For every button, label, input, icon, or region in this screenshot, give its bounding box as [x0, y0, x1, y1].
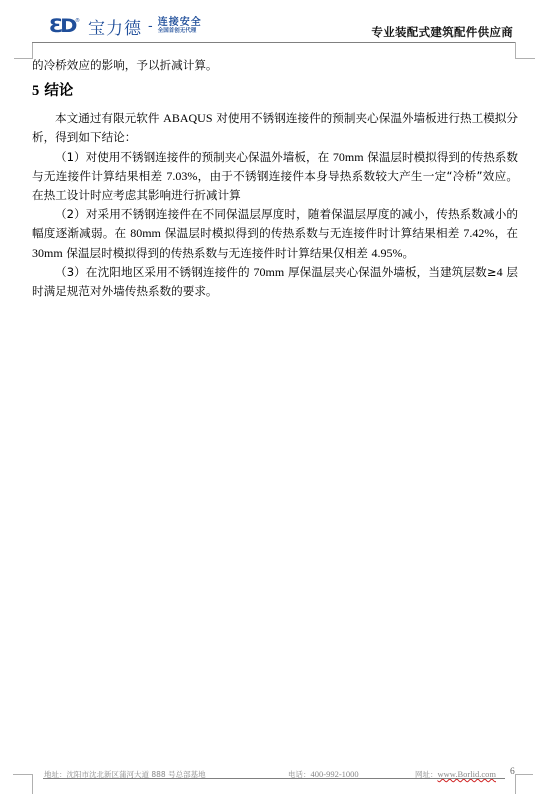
crop-mark-top-left-h	[14, 58, 33, 59]
conclusion-label: （2）	[55, 207, 86, 221]
conclusion-label: （1）	[55, 150, 86, 164]
crop-mark-bottom-right-v	[515, 774, 516, 794]
crop-mark-bottom-left-v	[32, 774, 33, 794]
section-heading: 5 结论	[32, 81, 518, 101]
software-name: ABAQUS	[163, 111, 212, 125]
page-number: 6	[510, 767, 515, 777]
conclusion-1: （1）对使用不锈钢连接件的预制夹心保温外墙板，在 70mm 保温层时模拟得到的传…	[32, 148, 518, 206]
logo-dash: -	[148, 19, 153, 34]
slogan-sub: 全国首创无代理	[158, 29, 202, 35]
crop-mark-top-right-h	[515, 58, 535, 59]
intro-paragraph: 本文通过有限元软件 ABAQUS 对使用不锈钢连接件的预制夹心保温外墙板进行热工…	[32, 109, 518, 147]
slogan-main: 连接安全	[158, 18, 202, 28]
crop-mark-bottom-right-h	[515, 774, 533, 775]
registered-icon: ®	[75, 18, 80, 24]
conclusion-label: （3）	[55, 265, 86, 279]
document-body: 的冷桥效应的影响，予以折减计算。 5 结论 本文通过有限元软件 ABAQUS 对…	[32, 56, 518, 301]
footer-rule	[43, 778, 505, 779]
conclusion-3: （3）在沈阳地区采用不锈钢连接件的 70mm 厚保温层夹心保温外墙板，当建筑层数…	[32, 263, 518, 301]
logo-mark-icon: ƐD	[49, 15, 74, 37]
header-tagline: 专业装配式建筑配件供应商	[371, 24, 513, 40]
logo-company-name: 宝力德	[88, 14, 142, 39]
logo-slogan: 连接安全 全国首创无代理	[158, 18, 202, 35]
section-title: 结论	[44, 83, 73, 99]
company-logo: ƐD ® 宝力德 - 连接安全 全国首创无代理	[50, 14, 202, 38]
crop-mark-bottom-left-h	[13, 774, 32, 775]
conclusion-2: （2）对采用不锈钢连接件在不同保温层厚度时，随着保温层厚度的减小，传热系数减小的…	[32, 205, 518, 263]
header-rule	[32, 42, 515, 43]
continuation-paragraph: 的冷桥效应的影响，予以折减计算。	[32, 56, 518, 75]
section-number: 5	[32, 83, 39, 99]
